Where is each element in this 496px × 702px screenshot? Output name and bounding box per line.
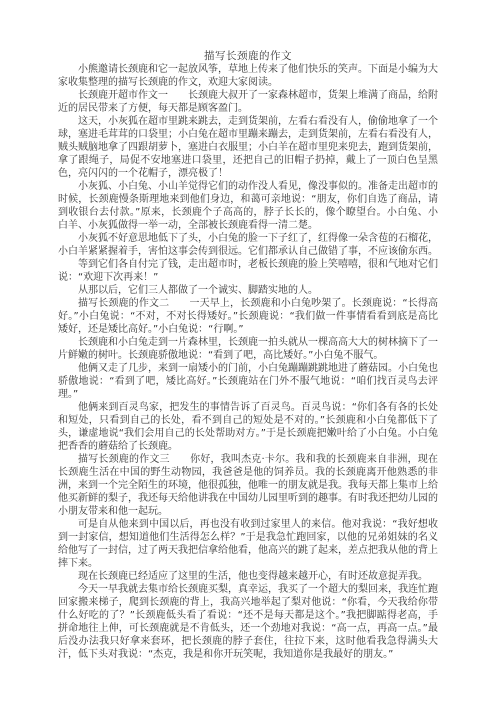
document-page: 描写长颈鹿的作文 小熊邀请长颈鹿和它一起放风筝，草地上传来了他们快乐的笑声。下面… — [0, 0, 496, 702]
document-body: 小熊邀请长颈鹿和它一起放风筝，草地上传来了他们快乐的笑声。下面是小编为大家收集整… — [58, 63, 438, 661]
paragraph-essay3-pear: 今天一早我就去集市给长颈鹿买梨，真幸运，我买了一个超大的梨回来，我连忙跑回家搬来… — [58, 583, 438, 661]
paragraph-intro: 小熊邀请长颈鹿和它一起放风筝，草地上传来了他们快乐的笑声。下面是小编为大家收集整… — [58, 63, 438, 89]
paragraph-essay1-checkout: 等到它们各自付完了钱，走出超市时，老板长颈鹿的脸上笑嘻嘻，很和气地对它们说：“欢… — [58, 258, 438, 284]
paragraph-essay1-discovery: 小灰狐、小白兔、小山羊觉得它们的动作没人看见，像没事似的。准备走出超市的时候，长… — [58, 180, 438, 232]
paragraph-essay3-adapted: 现在长颈鹿已经适应了这里的生活，他也变得越来越开心，有时还故意捉弄我。 — [58, 570, 438, 583]
paragraph-essay2-door: 他俩又走了几步，来到一扇矮小的门前，小白兔蹦蹦跳跳地进了蘑菇园。小白兔也骄傲地说… — [58, 362, 438, 401]
paragraph-essay2-opening: 描写长颈鹿的作文二 一天早上，长颈鹿和小白兔吵架了。长颈鹿说：“长得高好。”小白… — [58, 297, 438, 336]
paragraph-essay2-forest: 长颈鹿和小白兔走到一片森林里，长颈鹿一拍头就从一棵高高大大的树林摘下了一片鲜嫩的… — [58, 336, 438, 362]
document-title: 描写长颈鹿的作文 — [58, 50, 438, 63]
paragraph-essay1-shame: 小灰狐不好意思地低下了头，小白兔的脸一下子红了，红得像一朵含苞的石榴花，小白羊紧… — [58, 232, 438, 258]
paragraph-essay3-opening: 描写长颈鹿的作文三 你好，我叫杰克·卡尔。我和我的长颈鹿来自非洲，现在长颈鹿生活… — [58, 453, 438, 518]
paragraph-essay2-lark: 他俩来到百灵鸟家，把发生的事情告诉了百灵鸟。百灵鸟说：“你们各有各的长处和短处，… — [58, 401, 438, 453]
paragraph-essay1-ending: 从那以后，它们三人都做了一个诚实、脚踏实地的人。 — [58, 284, 438, 297]
paragraph-essay3-letter: 可是自从他来到中国以后，再也没有收到过家里人的来信。他对我说：“我好想收到一封家… — [58, 518, 438, 570]
paragraph-essay1-opening: 长颈鹿开超市作文一 长颈鹿大叔开了一家森林超市，货架上堆满了商品，给附近的居民带… — [58, 89, 438, 115]
paragraph-essay1-story: 这天，小灰狐在超市里跳来跳去，走到货架前，左看右看没有人，偷偷地拿了一个球，塞进… — [58, 115, 438, 180]
